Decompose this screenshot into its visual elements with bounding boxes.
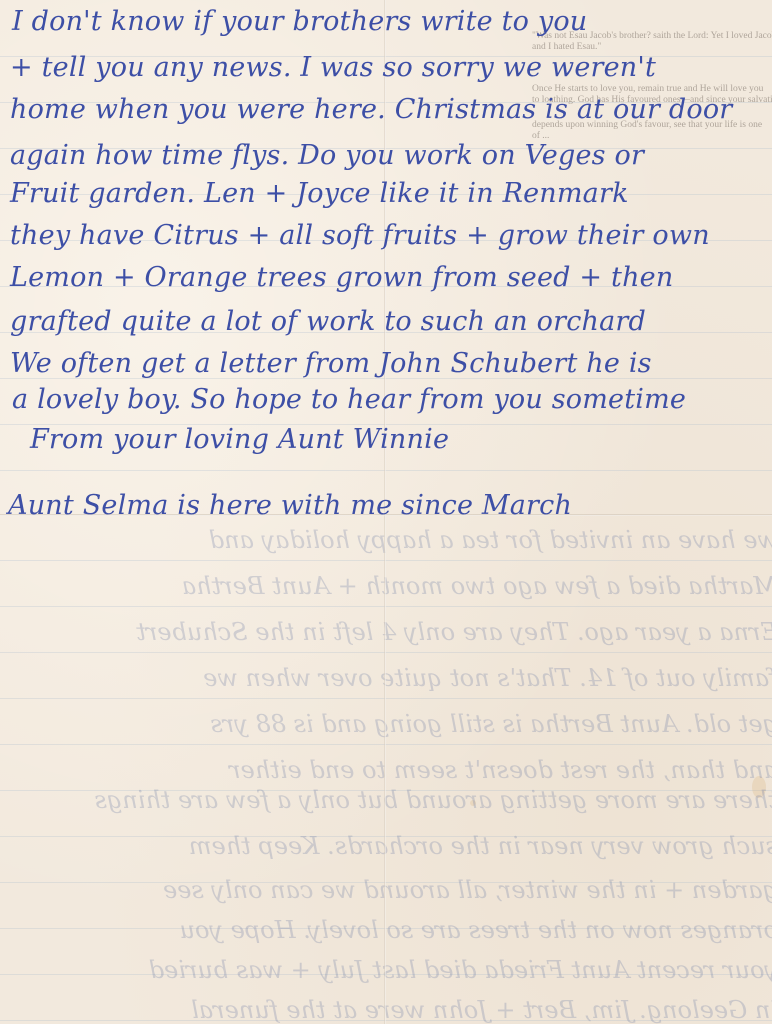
bleed-through-line: and than, the rest doesn't seem to end e… bbox=[6, 756, 772, 784]
letter-line: We often get a letter from John Schubert… bbox=[10, 348, 652, 379]
letter-line: grafted quite a lot of work to such an o… bbox=[10, 306, 646, 337]
letter-line: Lemon + Orange trees grown from seed + t… bbox=[10, 262, 673, 293]
bleed-through-line: such grow very near in the orchards. Kee… bbox=[6, 832, 772, 860]
letter-line: a lovely boy. So hope to hear from you s… bbox=[12, 384, 686, 415]
letter-postscript: Aunt Selma is here with me since March bbox=[8, 490, 572, 521]
bleed-through-line: oranges now on the trees are so lovely. … bbox=[6, 916, 772, 944]
letter-line: they have Citrus + all soft fruits + gro… bbox=[10, 220, 710, 251]
ruled-line bbox=[0, 744, 772, 745]
bleed-through-line: your recent Aunt Frieda died last July +… bbox=[6, 956, 772, 984]
bleed-through-line: garden + in the winter, all around we ca… bbox=[6, 876, 772, 904]
bleed-through-line: Erna a year ago. They are only 4 left in… bbox=[6, 618, 772, 646]
bleed-through-line: there are more getting around but only a… bbox=[6, 786, 772, 814]
ruled-line bbox=[0, 560, 772, 561]
bleed-through-line: we have an invited for tea a happy holid… bbox=[6, 526, 772, 554]
ruled-line bbox=[0, 606, 772, 607]
letter-line: Fruit garden. Len + Joyce like it in Ren… bbox=[10, 178, 629, 209]
letter-line: + tell you any news. I was so sorry we w… bbox=[10, 52, 656, 83]
ruled-line bbox=[0, 652, 772, 653]
bleed-through-line: family out of 14. That's not quite over … bbox=[6, 664, 772, 692]
bleed-through-line: in Geelong. Jim, Bert + John were at the… bbox=[6, 996, 772, 1024]
letter-line: home when you were here. Christmas is at… bbox=[10, 94, 732, 125]
ruled-line bbox=[0, 470, 772, 471]
letter-line: I don't know if your brothers write to y… bbox=[12, 6, 587, 37]
ruled-line bbox=[0, 698, 772, 699]
bleed-through-line: get old. Aunt Bertha is still going and … bbox=[6, 710, 772, 738]
letter-signoff: From your loving Aunt Winnie bbox=[30, 424, 449, 455]
bleed-through-line: Martha died a few ago two month + Aunt B… bbox=[6, 572, 772, 600]
letter-line: again how time flys. Do you work on Vege… bbox=[10, 140, 644, 171]
